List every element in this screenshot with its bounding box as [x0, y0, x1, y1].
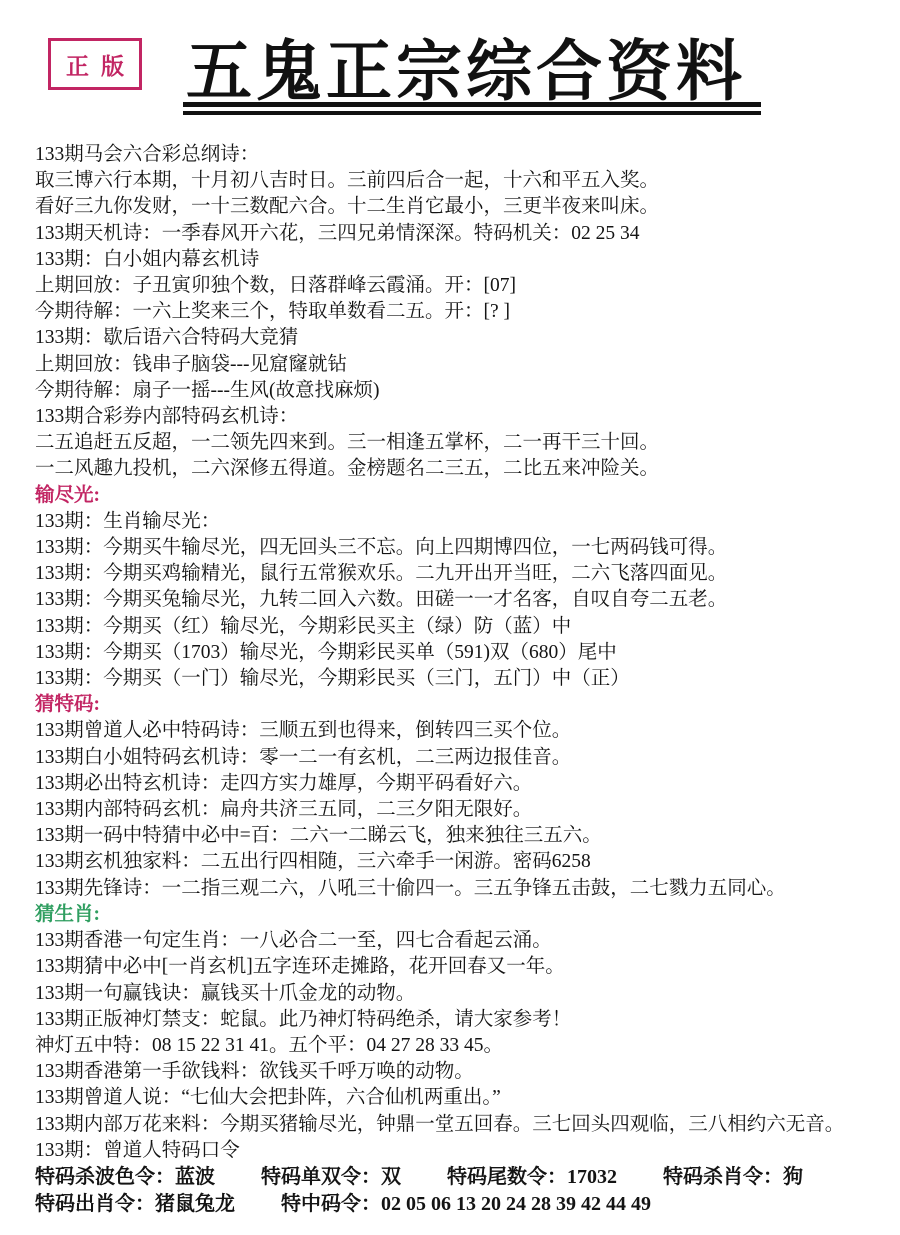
text-line: 133期白小姐特码玄机诗：零一二一有玄机，二三两边报佳音。 [35, 745, 880, 771]
text-line: 一二风趣九投机，二六深修五得道。金榜题名二三五，二比五来冲险关。 [35, 456, 880, 482]
text-line: 133期内部特码玄机：扁舟共济三五同，二三夕阳无限好。 [35, 797, 880, 823]
text-line: 133期：今期买牛输尽光，四无回头三不忘。向上四期博四位，一七两码钱可得。 [35, 535, 880, 561]
text-line: 133期：今期买（1703）输尽光，今期彩民买单（591)双（680）尾中 [35, 640, 880, 666]
text-line: 133期曾道人必中特码诗：三顺五到也得来，倒转四三买个位。 [35, 718, 880, 744]
authentic-badge: 正版 [48, 38, 142, 90]
footer-item-label: 特码杀波色令： [35, 1166, 175, 1188]
text-line: 133期玄机独家料：二五出行四相随，三六牵手一闲游。密码6258 [35, 849, 880, 875]
text-line: 今期待解：一六上奖来三个，特取单数看二五。开：[? ] [35, 299, 880, 325]
section-heading: 输尽光: [35, 483, 880, 509]
section-heading: 猜特码: [35, 692, 880, 718]
text-line: 133期：曾道人特码口令 [35, 1138, 880, 1164]
text-line: 133期：今期买（红）输尽光，今期彩民买主（绿）防（蓝）中 [35, 614, 880, 640]
text-line: 133期：今期买兔输尽光，九转二回入六数。田磋一一才名客，自叹自夸二五老。 [35, 587, 880, 613]
footer-item-label: 特码出肖令： [35, 1193, 155, 1215]
section: 猜生肖:133期香港一句定生肖：一八必合二一至，四七合看起云涌。133期猜中必中… [35, 902, 880, 1164]
footer-item-label: 特中码令： [281, 1193, 381, 1215]
text-line: 二五追赶五反超，一二领先四来到。三一相逢五掌杯，二一再干三十回。 [35, 430, 880, 456]
footer-item-value: 17032 [567, 1166, 617, 1188]
footer-item-label: 特码杀肖令： [663, 1166, 783, 1188]
text-line: 上期回放：钱串子脑袋---见窟窿就钻 [35, 352, 880, 378]
text-line: 133期：白小姐内幕玄机诗 [35, 247, 880, 273]
authentic-badge-label: 正版 [54, 48, 136, 81]
text-line: 133期一句赢钱诀：赢钱买十爪金龙的动物。 [35, 981, 880, 1007]
text-line: 神灯五中特：08 15 22 31 41。五个平：04 27 28 33 45。 [35, 1033, 880, 1059]
footer-item: 特码尾数令：17032 [447, 1164, 617, 1192]
text-line: 133期：今期买鸡输精光，鼠行五常猴欢乐。二九开出开当旺，二六飞落四面见。 [35, 561, 880, 587]
section: 猜特码:133期曾道人必中特码诗：三顺五到也得来，倒转四三买个位。133期白小姐… [35, 692, 880, 902]
page: 正版 五鬼正宗综合资料 133期马会六合彩总纲诗：取三博六行本期，十月初八吉时日… [0, 0, 900, 1235]
footer-item-value: 狗 [783, 1166, 803, 1188]
text-line: 133期合彩券内部特码玄机诗： [35, 404, 880, 430]
footer-item-label: 特码尾数令： [447, 1166, 567, 1188]
text-line: 133期一码中特猜中必中=百：二六一二睇云飞，独来独往三五六。 [35, 823, 880, 849]
content: 133期马会六合彩总纲诗：取三博六行本期，十月初八吉时日。三前四后合一起，十六和… [35, 142, 880, 1219]
page-title: 五鬼正宗综合资料 [186, 18, 746, 113]
footer-item: 特码出肖令：猪鼠兔龙 [35, 1191, 235, 1219]
text-line: 133期香港第一手欲钱料：欲钱买千呼万唤的动物。 [35, 1059, 880, 1085]
footer-item: 特码杀波色令：蓝波 [35, 1164, 215, 1192]
section-heading: 猜生肖: [35, 902, 880, 928]
text-line: 133期天机诗：一季春风开六花，三四兄弟情深深。特码机关：02 25 34 [35, 221, 880, 247]
text-line: 133期内部万花来料：今期买猪输尽光，钟鼎一堂五回春。三七回头四观临，三八相约六… [35, 1112, 880, 1138]
text-line: 今期待解：扇子一摇---生风(故意找麻烦) [35, 378, 880, 404]
text-line: 133期香港一句定生肖：一八必合二一至，四七合看起云涌。 [35, 928, 880, 954]
footer-item-value: 蓝波 [175, 1166, 215, 1188]
text-line: 133期：生肖输尽光： [35, 509, 880, 535]
text-line: 看好三九你发财，一十三数配六合。十二生肖它最小，三更半夜来叫床。 [35, 194, 880, 220]
footer-item: 特码单双令：双 [261, 1164, 401, 1192]
footer-item-value: 猪鼠兔龙 [155, 1193, 235, 1215]
text-line: 133期正版神灯禁支：蛇鼠。此乃神灯特码绝杀，请大家参考！ [35, 1007, 880, 1033]
footer-row: 特码出肖令：猪鼠兔龙特中码令：02 05 06 13 20 24 28 39 4… [35, 1191, 880, 1219]
text-line: 上期回放：子丑寅卯独个数，日落群峰云霞涌。开：[07] [35, 273, 880, 299]
footer-item-value: 02 05 06 13 20 24 28 39 42 44 49 [381, 1193, 651, 1215]
footer-row: 特码杀波色令：蓝波特码单双令：双特码尾数令：17032特码杀肖令：狗 [35, 1164, 880, 1192]
text-line: 133期猜中必中[一肖玄机]五字连环走摊路，花开回春又一年。 [35, 954, 880, 980]
text-line: 133期马会六合彩总纲诗： [35, 142, 880, 168]
title-double-underline [183, 102, 761, 115]
footer-item: 特中码令：02 05 06 13 20 24 28 39 42 44 49 [281, 1191, 651, 1219]
footer-item: 特码杀肖令：狗 [663, 1164, 803, 1192]
section: 133期马会六合彩总纲诗：取三博六行本期，十月初八吉时日。三前四后合一起，十六和… [35, 142, 880, 483]
footer-item-label: 特码单双令： [261, 1166, 381, 1188]
text-line: 133期曾道人说：“七仙大会把卦阵，六合仙机两重出。” [35, 1085, 880, 1111]
text-line: 133期必出特玄机诗：走四方实力雄厚，今期平码看好六。 [35, 771, 880, 797]
text-line: 133期先锋诗：一二指三观二六，八吼三十偷四一。三五争锋五击鼓，二七戮力五同心。 [35, 876, 880, 902]
text-line: 133期：今期买（一门）输尽光，今期彩民买（三门，五门）中（正） [35, 666, 880, 692]
footer-item-value: 双 [381, 1166, 401, 1188]
section: 输尽光:133期：生肖输尽光：133期：今期买牛输尽光，四无回头三不忘。向上四期… [35, 483, 880, 693]
text-line: 133期：歇后语六合特码大竞猜 [35, 325, 880, 351]
text-line: 取三博六行本期，十月初八吉时日。三前四后合一起，十六和平五入奖。 [35, 168, 880, 194]
